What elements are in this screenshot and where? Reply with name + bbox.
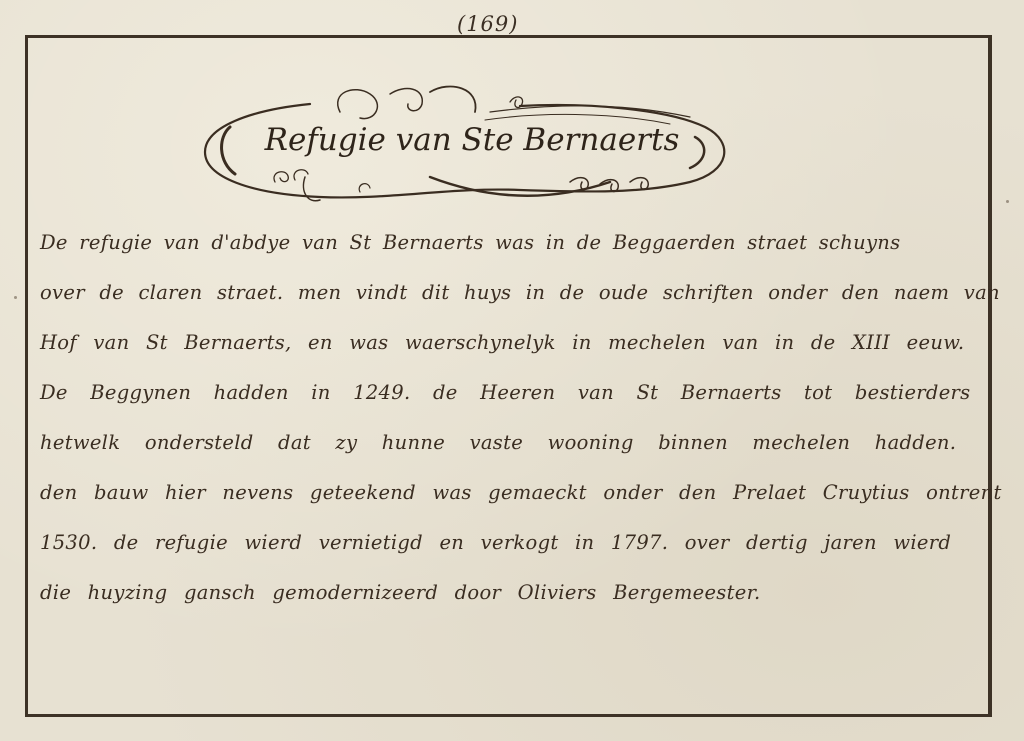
text-line: die huyzing gansch gemodernizeerd door O…: [40, 568, 980, 618]
page-number: (169): [457, 12, 518, 36]
text-line: hetwelk ondersteld dat zy hunne vaste wo…: [40, 418, 980, 468]
text-line: den bauw hier nevens geteekend was gemae…: [40, 468, 980, 518]
document-title: Refugie van Ste Bernaerts: [252, 122, 692, 158]
text-line: 1530. de refugie wierd vernietigd en ver…: [40, 518, 980, 568]
text-line: over de claren straet. men vindt dit huy…: [40, 268, 980, 318]
manuscript-page: (169) Refu: [0, 0, 1024, 741]
paper-speck: [14, 296, 17, 299]
text-line: De refugie van d'abdye van St Bernaerts …: [40, 218, 980, 268]
text-line: Hof van St Bernaerts, en was waerschynel…: [40, 318, 980, 368]
title-cartouche: Refugie van Ste Bernaerts: [190, 82, 735, 207]
text-line: De Beggynen hadden in 1249. de Heeren va…: [40, 368, 980, 418]
paper-speck: [1006, 200, 1009, 203]
manuscript-body: De refugie van d'abdye van St Bernaerts …: [40, 218, 980, 618]
